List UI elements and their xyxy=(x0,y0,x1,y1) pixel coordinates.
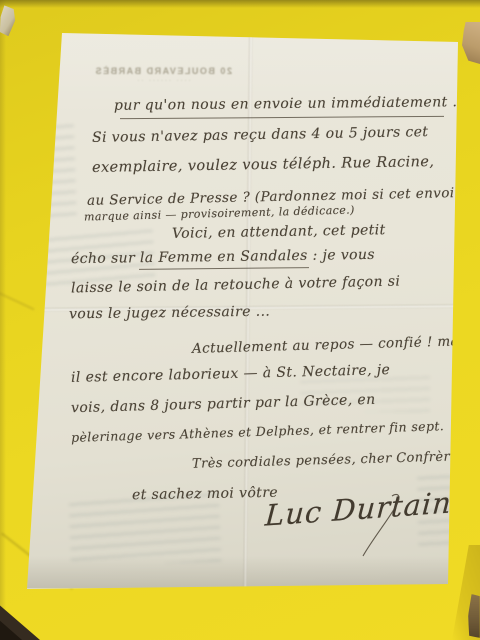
letter-line: et sachez moi vôtre xyxy=(132,485,278,504)
verso-showthrough-writing xyxy=(28,117,76,219)
letterhead-subline: ···· ······ ·· xyxy=(88,78,238,84)
letter-paper: 20 BOULEVARD BARBÈS ···· ······ ·· pur q… xyxy=(0,0,480,640)
letter-line: vous le jugez nécessaire ... xyxy=(69,304,270,323)
ink-underline-book-title xyxy=(139,267,309,270)
letter-line: pèlerinage vers Athènes et Delphes, et r… xyxy=(71,418,445,445)
signature-flourish xyxy=(330,490,420,565)
letter-line: Si vous n'avez pas reçu dans 4 ou 5 jour… xyxy=(92,124,429,146)
letter-line: pur qu'on nous en envoie un immédiatemen… xyxy=(114,94,457,114)
letter-line: Voici, en attendant, cet petit xyxy=(172,222,386,242)
letter-line: vois, dans 8 jours partir par la Grèce, … xyxy=(71,392,376,416)
background-left-shadow xyxy=(0,0,6,640)
letter-line: exemplaire, voulez vous téléph. Rue Raci… xyxy=(92,154,435,176)
letter-line: Actuellement au repos — confié ! mais xyxy=(192,333,471,357)
torn-tape-bit xyxy=(462,22,480,64)
photo-of-letter: 20 BOULEVARD BARBÈS ···· ······ ·· pur q… xyxy=(0,0,480,640)
letterhead-address: 20 BOULEVARD BARBÈS xyxy=(88,66,238,76)
letterhead-showthrough: 20 BOULEVARD BARBÈS ···· ······ ·· xyxy=(88,66,238,84)
background-top-shadow xyxy=(0,0,480,8)
letter-line: écho sur la Femme en Sandales : je vous xyxy=(71,247,375,267)
ink-underline xyxy=(120,116,444,120)
